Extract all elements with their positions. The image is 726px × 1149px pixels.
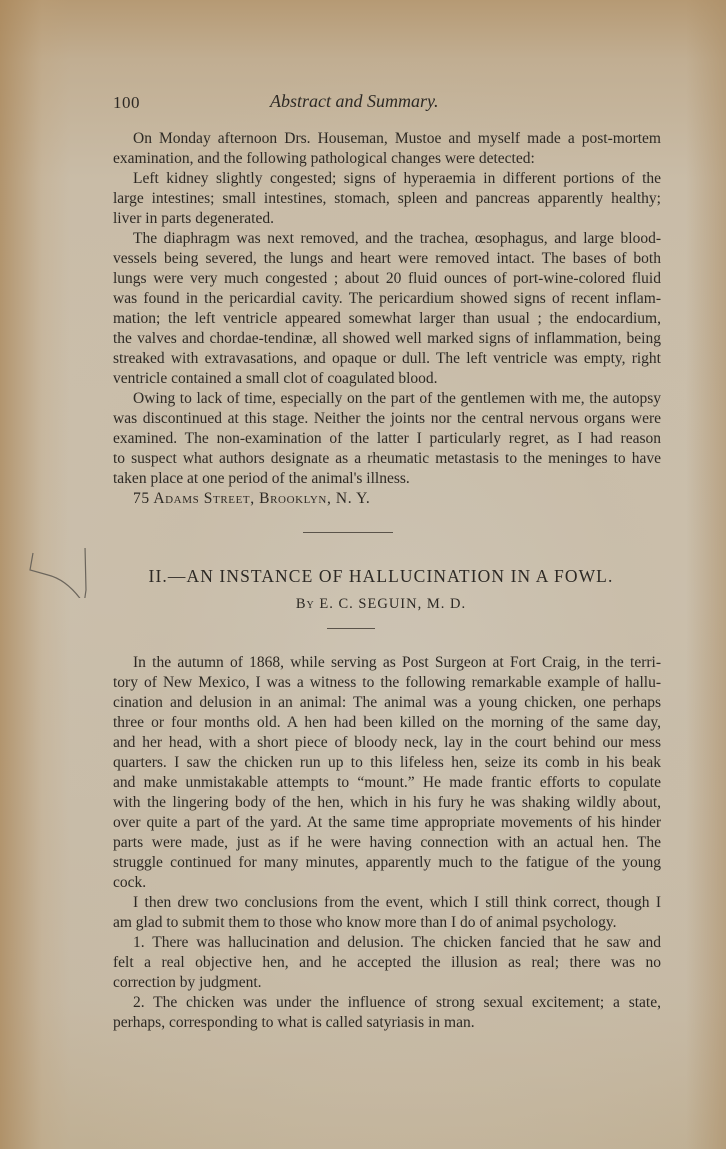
text-line: Left kidney slightly congested; signs of… — [133, 169, 661, 189]
text-line: liver in parts degenerated. — [113, 209, 274, 229]
text-line: On Monday afternoon Drs. Houseman, Musto… — [133, 129, 661, 149]
page-number: 100 — [113, 93, 140, 113]
text-line: struggle continued for many minutes, app… — [113, 853, 661, 873]
text-line: correction by judgment. — [113, 973, 262, 993]
text-line: and make unmistakable attempts to “mount… — [113, 773, 661, 793]
scanned-page: 100 Abstract and Summary. On Monday afte… — [0, 0, 726, 1149]
text-line: three or four months old. A hen had been… — [113, 713, 661, 733]
text-line: the valves and chordae-tendinæ, all show… — [113, 329, 661, 349]
text-line: am glad to submit them to those who know… — [113, 913, 617, 933]
text-line: streaked with extravasations, and opaque… — [113, 349, 661, 369]
text-line: In the autumn of 1868, while serving as … — [133, 653, 661, 673]
text-line: large intestines; small intestines, stom… — [113, 189, 661, 209]
text-line: was discontinued at this stage. Neither … — [113, 409, 661, 429]
text-line: lungs were very much congested ; about 2… — [113, 269, 661, 289]
text-line: The diaphragm was next removed, and the … — [133, 229, 661, 249]
text-line: taken place at one period of the animal'… — [113, 469, 410, 489]
pencil-mark-icon — [28, 548, 98, 598]
text-line: felt a real objective hen, and he accept… — [113, 953, 661, 973]
article-byline: By E. C. SEGUIN, M. D. — [121, 596, 641, 613]
running-title: Abstract and Summary. — [270, 91, 439, 112]
text-line: I then drew two conclusions from the eve… — [133, 893, 661, 913]
title-divider — [327, 628, 375, 629]
text-line: 2. The chicken was under the influence o… — [133, 993, 661, 1013]
text-line: examination, and the following pathologi… — [113, 149, 535, 169]
article-title: II.—AN INSTANCE OF HALLUCINATION IN A FO… — [121, 566, 641, 587]
section-divider — [303, 532, 393, 533]
text-line: cination and delusion in an animal: The … — [113, 693, 661, 713]
text-line: quarters. I saw the chicken run up to th… — [113, 753, 661, 773]
text-line: was found in the pericardial cavity. The… — [113, 289, 661, 309]
text-line: parts were made, just as if he were havi… — [113, 833, 661, 853]
text-line: 1. There was hallucination and delusion.… — [133, 933, 661, 953]
text-line: and her head, with a short piece of bloo… — [113, 733, 661, 753]
text-line: with the lingering body of the hen, whic… — [113, 793, 661, 813]
text-line: cock. — [113, 873, 146, 893]
text-line: Owing to lack of time, especially on the… — [133, 389, 661, 409]
text-line: ventricle contained a small clot of coag… — [113, 369, 438, 389]
text-line: examined. The non-examination of the lat… — [113, 429, 661, 449]
text-line: over quite a part of the yard. At the sa… — [113, 813, 661, 833]
text-line: tory of New Mexico, I was a witness to t… — [113, 673, 661, 693]
text-line: mation; the left ventricle appeared some… — [113, 309, 661, 329]
text-line: perhaps, corresponding to what is called… — [113, 1013, 475, 1033]
author-address: 75 Adams Street, Brooklyn, N. Y. — [133, 489, 661, 509]
text-line: to suspect what authors designate as a r… — [113, 449, 661, 469]
text-line: vessels being severed, the lungs and hea… — [113, 249, 661, 269]
